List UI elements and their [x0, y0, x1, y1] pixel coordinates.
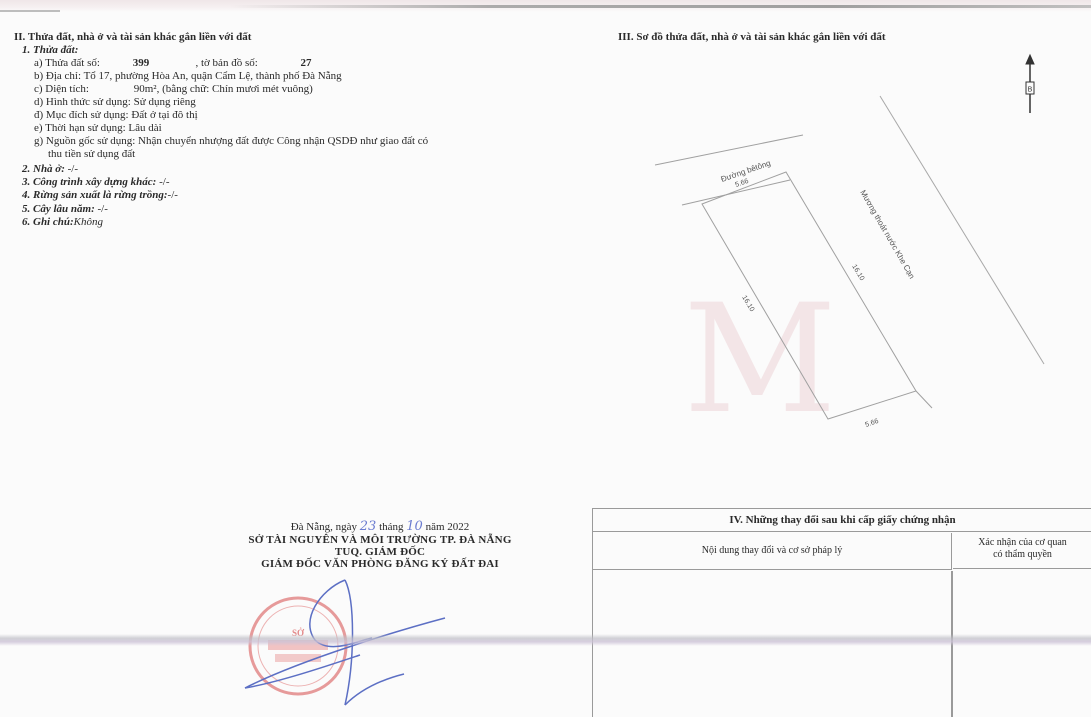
director-title: GIÁM ĐỐC VĂN PHÒNG ĐĂNG KÝ ĐẤT ĐAI [180, 558, 580, 570]
scan-fold-line [0, 634, 1091, 646]
svg-text:5.66: 5.66 [864, 418, 879, 429]
north-arrow-icon [1026, 55, 1034, 113]
authorization-title: TUQ. GIÁM ĐỐC [180, 546, 580, 558]
svg-text:16.10: 16.10 [850, 263, 865, 282]
authority-column-header: Xác nhận của cơ quan có thẩm quyền [953, 533, 1091, 569]
changes-table: IV. Những thay đổi sau khi cấp giấy chứn… [592, 508, 1091, 717]
svg-text:16.10: 16.10 [740, 294, 755, 313]
authority-header-line2: có thẩm quyền [953, 549, 1091, 561]
date-prefix: Đà Nẵng, ngày [291, 521, 357, 533]
issuing-org: SỞ TÀI NGUYÊN VÀ MÔI TRƯỜNG TP. ĐÀ NẴNG [180, 534, 580, 546]
section-4-title: IV. Những thay đổi sau khi cấp giấy chứn… [593, 509, 1091, 532]
changes-column-header: Nội dung thay đổi và cơ sở pháp lý [593, 533, 952, 570]
authority-header-line1: Xác nhận của cơ quan [953, 537, 1091, 549]
date-year: năm 2022 [426, 521, 470, 533]
date-day: 23 [360, 519, 377, 534]
signature-block: Đà Nẵng, ngày 23 tháng 10 năm 2022 SỞ TÀ… [180, 519, 580, 570]
svg-text:B: B [1028, 87, 1033, 94]
sign-date: Đà Nẵng, ngày 23 tháng 10 năm 2022 [180, 519, 580, 534]
date-month: 10 [406, 519, 423, 534]
svg-text:Mương thoát nước Khe Cạn: Mương thoát nước Khe Cạn [858, 189, 916, 281]
date-month-label: tháng [379, 521, 403, 533]
